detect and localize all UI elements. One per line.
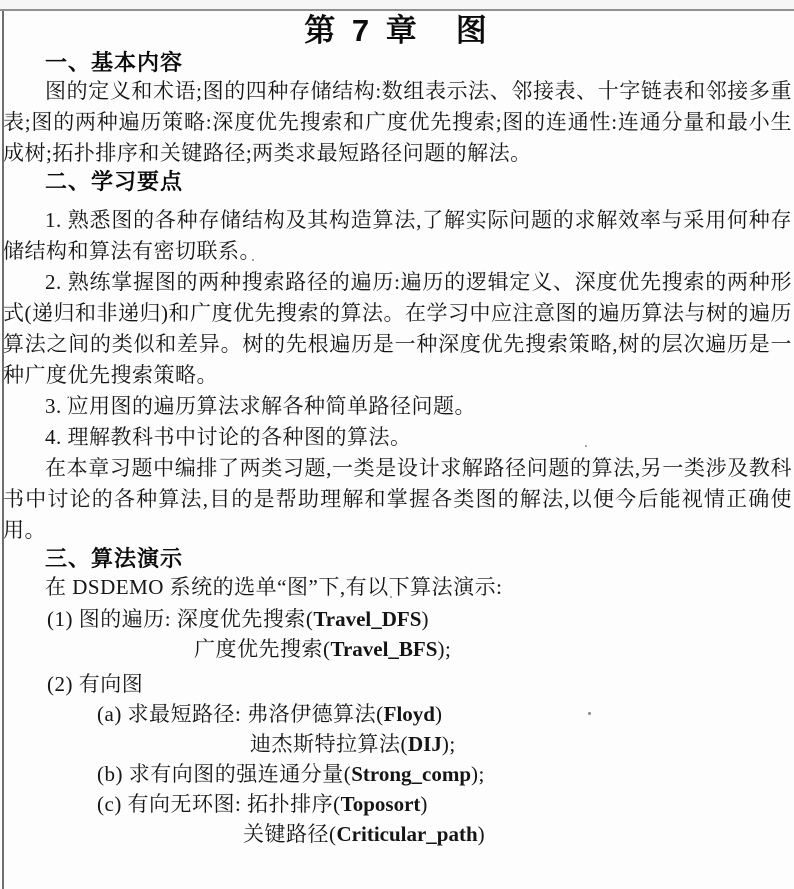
algorithm-code-floyd: Floyd — [384, 702, 435, 726]
section-heading-basic-content: 一、基本内容 — [45, 50, 792, 76]
demo-line-punct: ) — [435, 702, 443, 726]
algorithm-code-toposort: Toposort — [341, 792, 421, 816]
demo-intro-line: 在 DSDEMO 系统的选单“图”下,有以下算法演示: — [3, 572, 792, 603]
demo-line-dfs: (1) 图的遍历: 深度优先搜索(Travel_DFS) — [3, 604, 792, 634]
scanned-book-page: 第 7 章 图 一、基本内容 图的定义和术语;图的四种存储结构:数组表示法、邻接… — [0, 0, 794, 889]
section-heading-study-points: 二、学习要点 — [45, 169, 792, 195]
demo-line-punct: ) — [420, 792, 428, 816]
chapter-title: 第 7 章 图 — [3, 12, 792, 50]
page-content: 第 7 章 图 一、基本内容 图的定义和术语;图的四种存储结构:数组表示法、邻接… — [3, 10, 792, 849]
demo-line-punct: ); — [437, 637, 451, 661]
section-basic-content: 一、基本内容 图的定义和术语;图的四种存储结构:数组表示法、邻接表、十字链表和邻… — [3, 50, 792, 169]
algorithm-code-dij: DIJ — [408, 732, 442, 756]
section-algorithm-demo: 三、算法演示 在 DSDEMO 系统的选单“图”下,有以下算法演示: (1) 图… — [3, 546, 792, 849]
scan-speck — [252, 259, 254, 261]
demo-line-toposort: (c) 有向无环图: 拓扑排序(Toposort) — [3, 789, 792, 819]
algorithm-code-strong-comp: Strong_comp — [351, 762, 471, 786]
study-point-1: 1. 熟悉图的各种存储结构及其构造算法,了解实际问题的求解效率与采用何种存储结构… — [3, 205, 792, 267]
demo-line-strong-comp: (b) 求有向图的强连通分量(Strong_comp); — [3, 759, 792, 789]
scan-speck — [588, 712, 591, 715]
section-study-points: 二、学习要点 1. 熟悉图的各种存储结构及其构造算法,了解实际问题的求解效率与采… — [3, 169, 792, 546]
study-points-closing-paragraph: 在本章习题中编排了两类习题,一类是设计求解路径问题的算法,另一类涉及教科书中讨论… — [3, 453, 792, 546]
basic-content-paragraph: 图的定义和术语;图的四种存储结构:数组表示法、邻接表、十字链表和邻接多重表;图的… — [3, 76, 792, 169]
algorithm-code-travel-dfs: Travel_DFS — [313, 607, 421, 631]
demo-line-punct: ) — [478, 822, 486, 846]
scan-edge-top — [0, 0, 794, 11]
scan-artifact-mark: ¨ — [25, 387, 73, 418]
demo-line-text: (b) 求有向图的强连通分量( — [97, 762, 351, 786]
demo-line-text: (2) 有向图 — [47, 672, 143, 696]
demo-line-text: 广度优先搜索( — [194, 637, 331, 661]
scan-speck — [390, 596, 392, 598]
section-heading-algorithm-demo: 三、算法演示 — [45, 546, 792, 572]
demo-line-bfs: 广度优先搜索(Travel_BFS); — [3, 634, 792, 664]
demo-line-digraph: (2) 有向图 — [3, 669, 792, 699]
demo-line-dij: 迪杰斯特拉算法(DIJ); — [3, 729, 792, 759]
scan-edge-left — [2, 11, 4, 889]
demo-line-text: 迪杰斯特拉算法( — [250, 732, 408, 756]
demo-line-text: (1) 图的遍历: 深度优先搜索( — [47, 607, 313, 631]
algorithm-code-criticular-path: Criticular_path — [337, 822, 478, 846]
study-points-list: 1. 熟悉图的各种存储结构及其构造算法,了解实际问题的求解效率与采用何种存储结构… — [3, 205, 792, 546]
demo-line-critical-path-clipped: 关键路径(Criticular_path) — [3, 819, 792, 849]
demo-line-punct: ); — [471, 762, 485, 786]
algorithm-code-travel-bfs: Travel_BFS — [331, 637, 438, 661]
study-point-2: 2. 熟练掌握图的两种搜索路径的遍历:遍历的逻辑定义、深度优先搜索的两种形式(递… — [3, 267, 792, 391]
demo-line-text: (c) 有向无环图: 拓扑排序( — [97, 792, 341, 816]
study-point-4: 4. 理解教科书中讨论的各种图的算法。 — [3, 422, 792, 453]
scan-speck — [585, 445, 587, 447]
demo-line-punct: ); — [442, 732, 456, 756]
demo-line-text: (a) 求最短路径: 弗洛伊德算法( — [97, 702, 384, 726]
demo-list: (1) 图的遍历: 深度优先搜索(Travel_DFS) 广度优先搜索(Trav… — [3, 604, 792, 849]
demo-line-punct: ) — [421, 607, 429, 631]
demo-line-floyd: (a) 求最短路径: 弗洛伊德算法(Floyd) — [3, 699, 792, 729]
demo-line-text: 关键路径( — [243, 822, 337, 846]
study-point-3: ¨ 3. 应用图的遍历算法求解各种简单路径问题。 — [3, 391, 792, 422]
study-point-3-text: 3. 应用图的遍历算法求解各种简单路径问题。 — [45, 394, 476, 418]
